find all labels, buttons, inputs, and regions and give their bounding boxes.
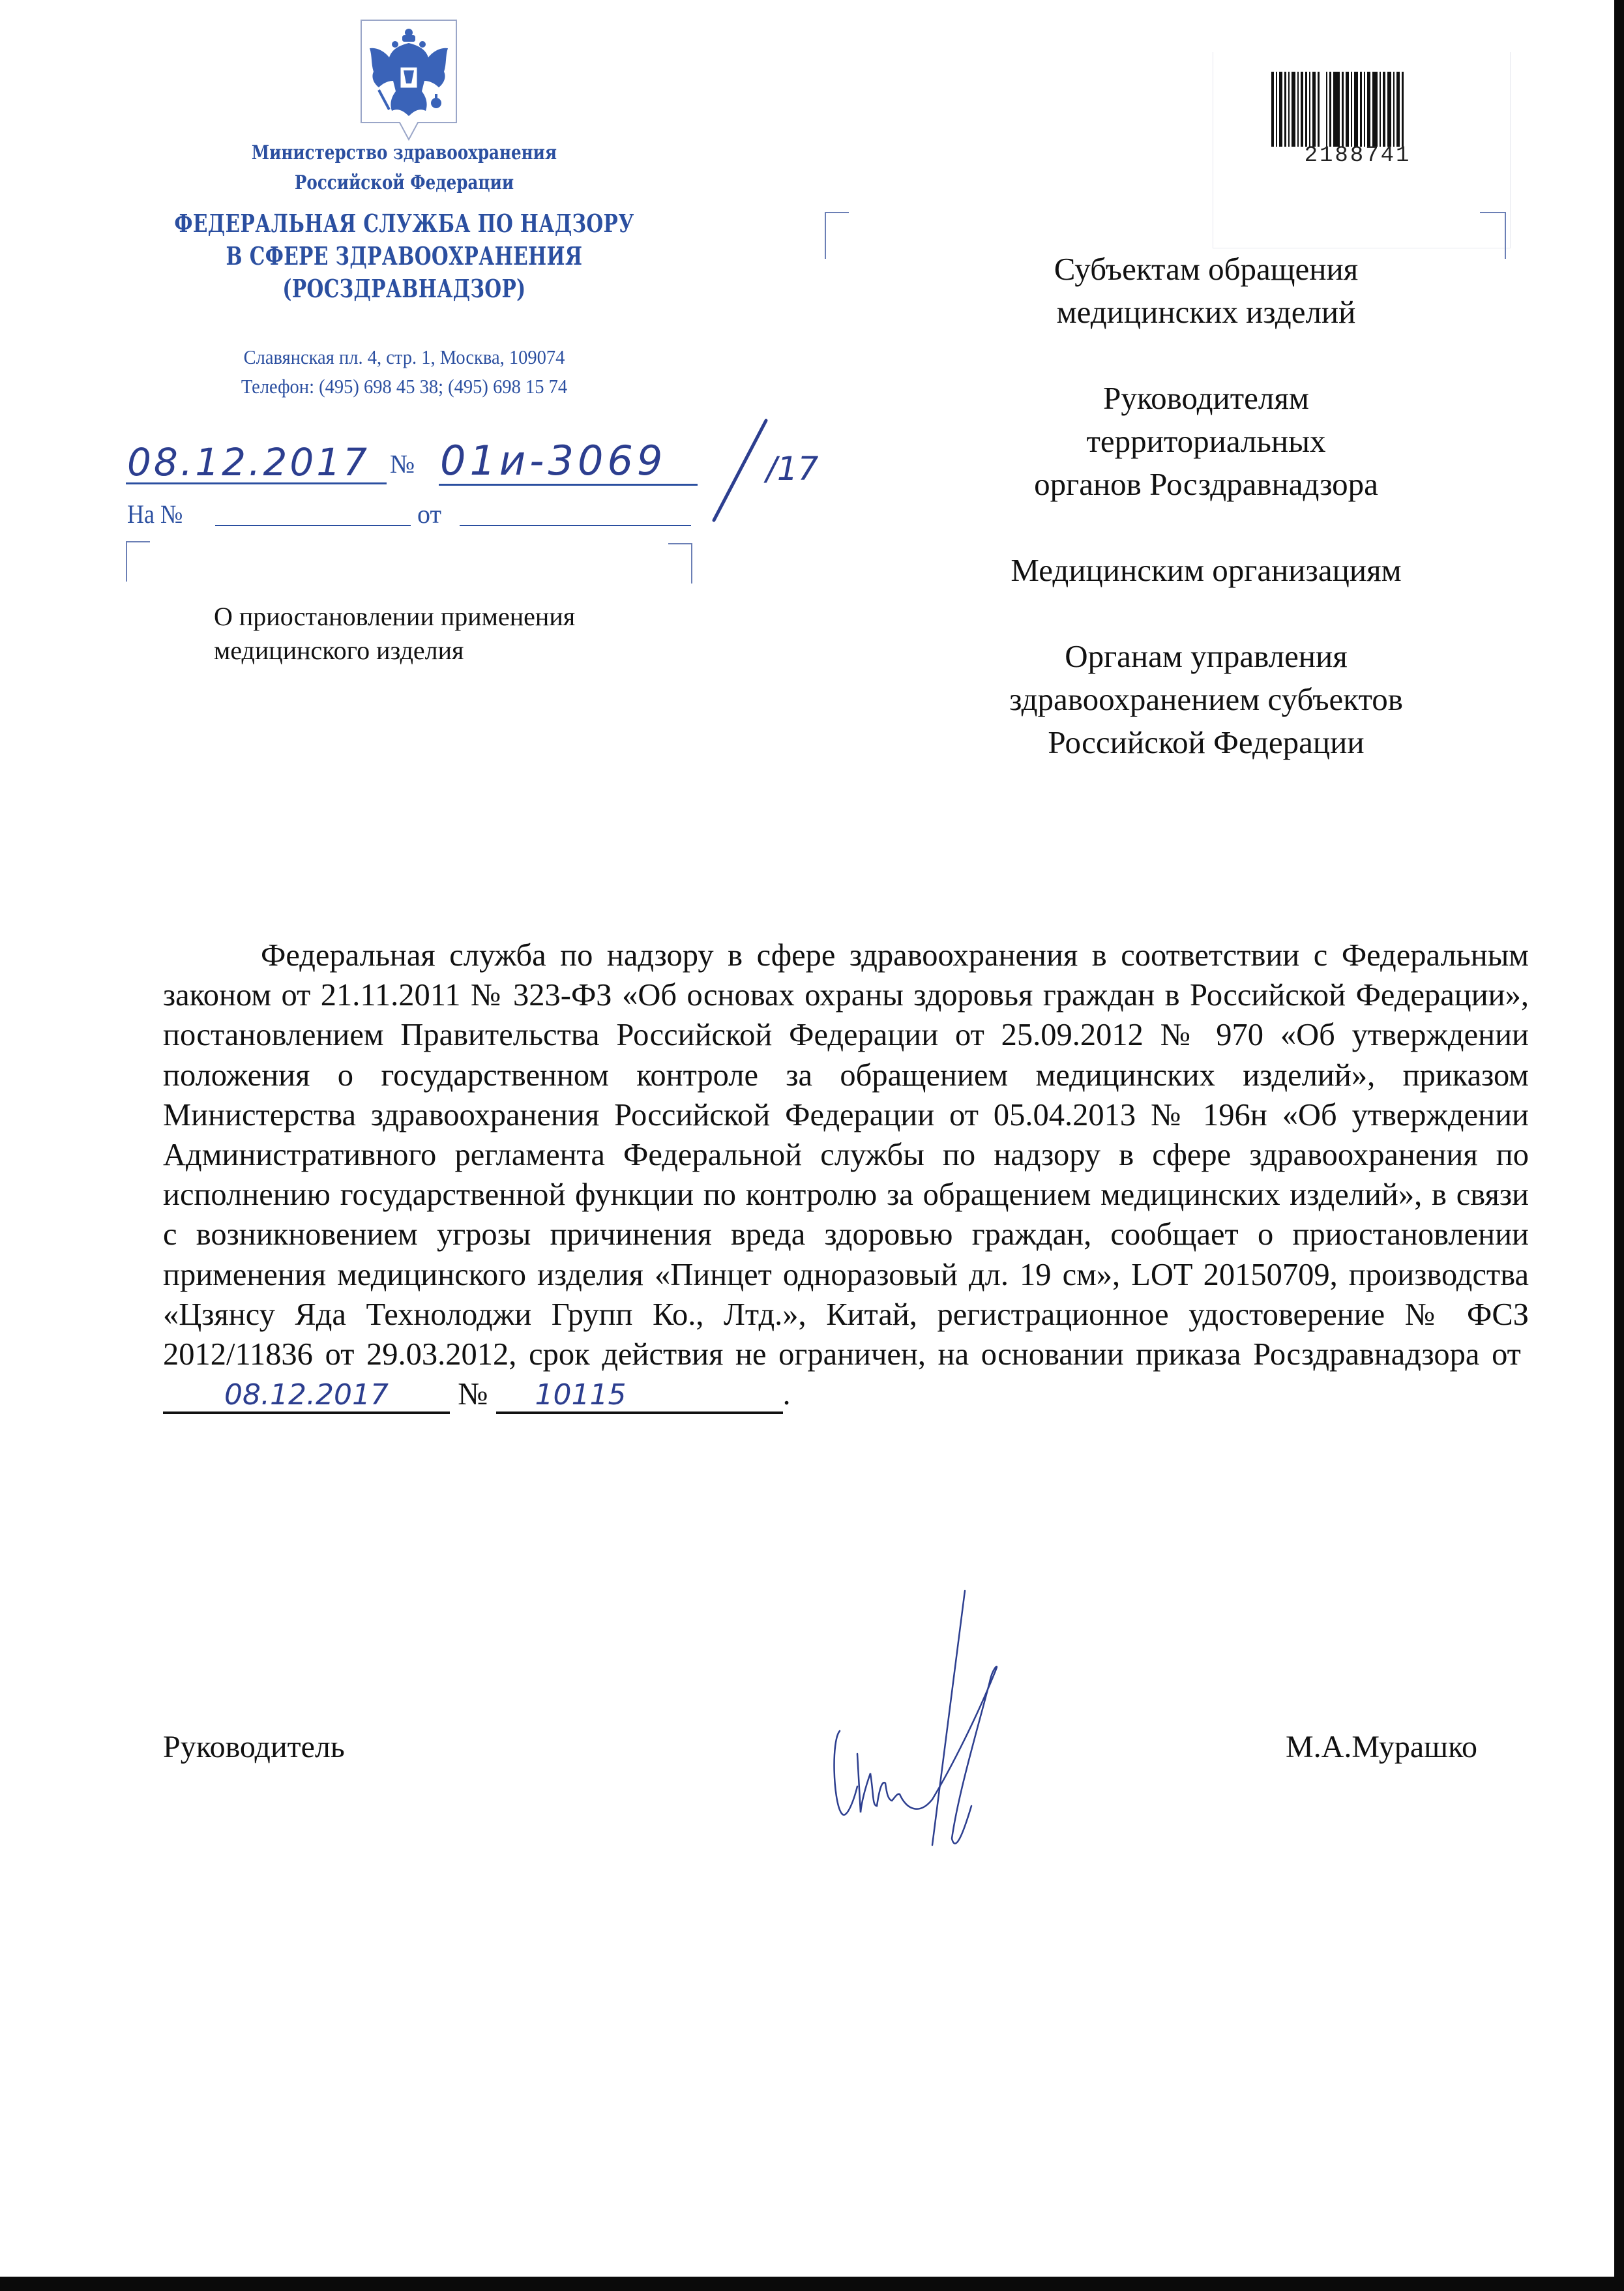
recipient-bracket-left bbox=[825, 212, 849, 259]
recipient-bracket-right bbox=[1480, 212, 1506, 259]
recipient-line: Субъектам обращения bbox=[932, 248, 1480, 291]
recipient-line: здравоохранением субъектов bbox=[932, 678, 1480, 721]
order-number-field: 10115 bbox=[496, 1378, 783, 1414]
order-date: 08.12.2017 bbox=[224, 1378, 389, 1412]
number-sign: № bbox=[390, 449, 415, 479]
recipient-line: органов Росздравнадзора bbox=[932, 463, 1480, 506]
handwritten-signature-icon bbox=[821, 1584, 1030, 1858]
order-number: 10115 bbox=[535, 1378, 627, 1412]
scan-border-right bbox=[1614, 0, 1624, 2291]
subject-line-2: медицинского изделия bbox=[214, 634, 575, 668]
subject-bracket-right bbox=[668, 543, 692, 584]
number-underline bbox=[439, 484, 698, 486]
ministry-line-2: Российской Федерации bbox=[164, 168, 645, 198]
letter-body: Федеральная служба по надзору в сфере зд… bbox=[163, 936, 1529, 1414]
body-paragraph: Федеральная служба по надзору в сфере зд… bbox=[163, 936, 1529, 1414]
letterhead-ministry: Министерство здравоохранения Российской … bbox=[111, 138, 698, 198]
recipient-line: территориальных bbox=[932, 420, 1480, 463]
reply-from-field[interactable] bbox=[460, 525, 691, 526]
body-paragraph-text: Федеральная служба по надзору в сфере зд… bbox=[163, 938, 1529, 1372]
recipient-group: Субъектам обращения медицинских изделий bbox=[932, 248, 1480, 334]
signer-name: М.А.Мурашко bbox=[1286, 1729, 1477, 1765]
outgoing-date: 08.12.2017 bbox=[127, 440, 370, 484]
letter-subject: О приостановлении применения медицинског… bbox=[214, 600, 575, 668]
recipient-group: Медицинским организациям bbox=[932, 549, 1480, 592]
recipient-line: Органам управления bbox=[932, 635, 1480, 678]
scan-border-bottom bbox=[0, 2277, 1624, 2291]
number-suffix: /17 bbox=[766, 450, 818, 488]
service-line-2: В СФЕРЕ ЗДРАВООХРАНЕНИЯ bbox=[150, 240, 658, 273]
recipient-line: медицинских изделий bbox=[932, 291, 1480, 334]
service-line-3: (РОСЗДРАВНАДЗОР) bbox=[150, 273, 658, 305]
ministry-line-1: Министерство здравоохранения bbox=[164, 138, 645, 168]
address: Славянская пл. 4, стр. 1, Москва, 109074 bbox=[134, 342, 674, 372]
reply-from-label: от bbox=[417, 499, 441, 529]
order-number-prefix: № bbox=[458, 1377, 488, 1412]
reply-to-field[interactable] bbox=[215, 525, 411, 526]
letterhead-service: ФЕДЕРАЛЬНАЯ СЛУЖБА ПО НАДЗОРУ В СФЕРЕ ЗД… bbox=[78, 207, 730, 305]
recipient-line: Руководителям bbox=[932, 377, 1480, 420]
recipients-block: Субъектам обращения медицинских изделий … bbox=[932, 248, 1480, 764]
signer-position: Руководитель bbox=[163, 1729, 345, 1765]
reply-to-label: На № bbox=[127, 499, 183, 529]
recipient-line: Медицинским организациям bbox=[932, 549, 1480, 592]
barcode-number: 2188741 bbox=[1271, 143, 1444, 168]
russian-coat-of-arms-icon bbox=[359, 18, 458, 142]
service-line-1: ФЕДЕРАЛЬНАЯ СЛУЖБА ПО НАДЗОРУ bbox=[150, 207, 658, 240]
barcode-icon bbox=[1271, 72, 1444, 147]
letterhead-contacts: Славянская пл. 4, стр. 1, Москва, 109074… bbox=[111, 342, 698, 401]
date-underline bbox=[126, 482, 387, 484]
recipient-group: Органам управления здравоохранением субъ… bbox=[932, 635, 1480, 764]
recipient-line: Российской Федерации bbox=[932, 721, 1480, 764]
subject-line-1: О приостановлении применения bbox=[214, 600, 575, 634]
order-date-field: 08.12.2017 bbox=[163, 1378, 450, 1414]
recipient-group: Руководителям территориальных органов Ро… bbox=[932, 377, 1480, 506]
outgoing-number: 01и-3069 bbox=[440, 437, 666, 484]
phone: Телефон: (495) 698 45 38; (495) 698 15 7… bbox=[134, 372, 674, 401]
subject-bracket-left bbox=[126, 541, 150, 582]
end-punct: . bbox=[783, 1377, 791, 1412]
